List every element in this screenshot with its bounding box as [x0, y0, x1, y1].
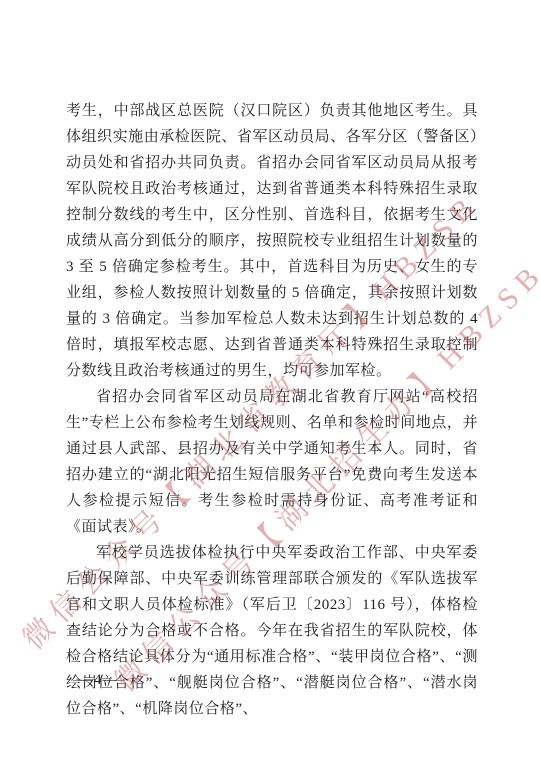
document-body: 考生，中部战区总医院（汉口院区）负责其他地区考生。具体组织实施由承检医院、省军区…: [66, 98, 478, 722]
paragraph-publish-notice: 省招办会同省军区动员局在湖北省教育厅网站“高校招生”专栏上公布参检考生划线规则、…: [66, 384, 478, 540]
paragraph-physical-exam-standard: 军校学员选拔体检执行中央军委政治工作部、中央军委后勤保障部、中央军委训练管理部联…: [66, 540, 478, 722]
paragraph-military-check-organization: 考生，中部战区总医院（汉口院区）负责其他地区考生。具体组织实施由承检医院、省军区…: [66, 98, 478, 384]
document-page: 考生，中部战区总医院（汉口院区）负责其他地区考生。具体组织实施由承检医院、省军区…: [0, 0, 540, 763]
page-number: —4—: [78, 672, 119, 689]
